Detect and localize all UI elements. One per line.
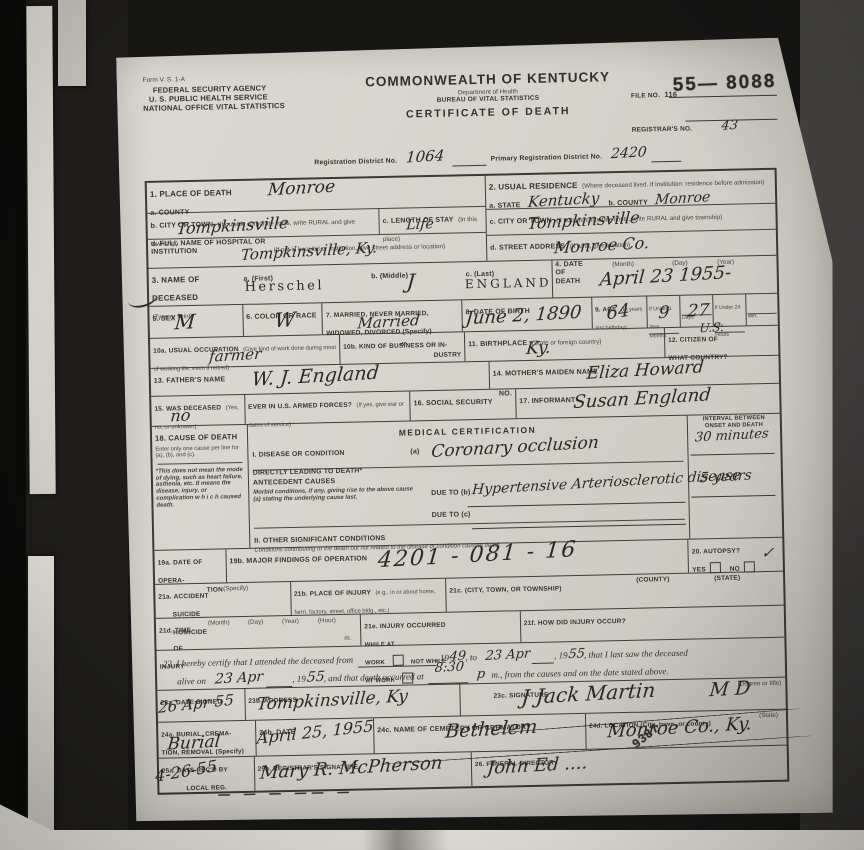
cert-year3: 55 — [306, 670, 325, 685]
operation-date-label: 19a. DATE OF OPERA-TION — [158, 559, 203, 585]
cert-meridiem: p — [476, 668, 485, 681]
field-street: d. STREET ADDRESS (If rural, give locati… — [487, 230, 776, 260]
cert-text: , 19 — [292, 674, 306, 684]
funeral-director-value: John Ed .... — [486, 754, 588, 778]
sex-label: 5. SEX — [152, 315, 175, 322]
cause-title: 18. CAUSE OF DEATH — [155, 432, 237, 443]
birthplace-value: Ky. — [525, 340, 551, 358]
cause-a-value: Coronary occlusion — [431, 435, 600, 461]
interval-column: INTERVAL BETWEENONSET AND DEATH 30 minut… — [688, 414, 783, 539]
first-name-cell: a. (First) Herschel — [240, 264, 368, 304]
injury-city-label: 21c. (CITY, TOWN, OR TOWNSHIP) — [449, 585, 561, 594]
birthplace-cell: 11. BIRTHPLACE (State or foreign country… — [465, 328, 666, 361]
length-of-stay-value: Life — [406, 217, 435, 233]
antecedent-label: ANTECEDENT CAUSES — [253, 478, 335, 487]
veteran-value: no — [170, 407, 191, 424]
primary-district-label: Primary Registration District No. — [491, 153, 603, 162]
min-label: Min. — [748, 313, 777, 320]
father-label: 13. FATHER'S NAME — [154, 376, 226, 384]
how-injury-cell: 21f. HOW DID INJURY OCCUR? — [521, 606, 785, 643]
line-b-tag: DUE TO (b) — [431, 489, 470, 498]
date-of-death-value: April 23 1955- — [599, 264, 732, 289]
film-strip-artifact — [58, 0, 86, 86]
line-c-tag: DUE TO (c) — [432, 511, 471, 520]
date-of-death-cell: 4. DATEOFDEATH (Month) (Day) (Year) Apri… — [552, 256, 777, 298]
accident-cell: 21a. ACCIDENT (Specify) SUICIDE HOMICIDE — [155, 582, 291, 618]
city-value: Tompkinsville — [176, 215, 289, 237]
line-a-tag: (a) — [410, 448, 419, 457]
cert-text: , 19 — [554, 650, 568, 660]
burial-date-cell: 24b. DATE April 25, 1955 — [256, 718, 375, 755]
under1yr-months-cell: If Under 1 Year Months 9 — [648, 296, 682, 328]
medical-certification-title: MEDICAL CERTIFICATION — [399, 425, 537, 438]
cause-of-death-sidebar: 18. CAUSE OF DEATH Enter only one cause … — [152, 425, 251, 550]
other-conditions-label: II. OTHER SIGNIFICANT CONDITIONS — [254, 535, 385, 545]
last-name-value: England — [465, 276, 552, 290]
marital-cell: 7. MARRIED, NEVER MARRIED, WIDOWED, DIVO… — [323, 300, 463, 334]
ssn-label2: NO. — [499, 390, 512, 399]
cert-date1: 23 Apr — [485, 647, 531, 663]
days-value: 27 — [687, 302, 710, 320]
accident-label1: 21a. ACCIDENT — [158, 593, 209, 601]
funeral-director-cell: 26. FUNERAL DIRECTOR John Ed .... — [472, 746, 788, 787]
burial-value: Burial — [167, 734, 221, 754]
autopsy-label: 20. AUTOPSY? — [692, 548, 740, 556]
certificate-header: Form V. S. 1-A FEDERAL SECURITY AGENCY U… — [142, 64, 776, 181]
street-value: Monroe Co. — [553, 235, 650, 256]
injury-month-label: (Month) — [208, 619, 230, 626]
middle-name-label: b. (Middle) — [371, 272, 408, 280]
accident-note: (Specify) — [223, 585, 248, 593]
row-place-residence: 1. PLACE OF DEATH a. COUNTY Monroe b. CI… — [147, 170, 777, 269]
autopsy-no-checkmark: ✓ — [761, 545, 775, 561]
informant-label: 17. INFORMANT — [519, 397, 575, 405]
war-label: EVER IN U.S. ARMED FORCES? — [248, 402, 352, 411]
father-value: W. J. England — [251, 364, 380, 390]
industry-value: ″ — [398, 341, 406, 359]
informant-cell: 17. INFORMANT Susan England — [516, 384, 780, 419]
injury-meridiem-label: m. — [344, 635, 351, 642]
injury-year-label: (Year) — [282, 618, 299, 625]
occupation-cell: 10a. USUAL OCCUPATION (Give kind of work… — [150, 335, 341, 368]
cert-text: , to — [465, 652, 477, 662]
interval-a-value: 30 minutes — [694, 427, 769, 444]
antecedent-note: Morbid conditions, if any, giving rise t… — [253, 486, 421, 503]
residence-city-value: Tompkinsville — [527, 210, 640, 232]
dob-cell: 8. DATE OF BIRTH June 2, 1890 — [462, 298, 592, 332]
race-value: W — [274, 309, 296, 330]
name-of-deceased-label: 3. NAME OF DECEASED (Type or Print) — [149, 267, 241, 306]
place-of-death-section: 1. PLACE OF DEATH a. COUNTY Monroe b. CI… — [147, 176, 488, 268]
industry-cell: 10b. KIND OF BUSINESS OR IN- DUSTRY ″ — [340, 332, 466, 364]
date-signed-cell: 23a. DATE SIGNED 26 Apr 55 — [157, 689, 245, 722]
citizen-cell: 12. CITIZEN OFWHAT COUNTRY? U.S. — [665, 326, 778, 357]
veteran-war-cell: EVER IN U.S. ARMED FORCES? (If yes, give… — [245, 391, 411, 423]
name-title: 3. NAME OF DECEASED — [152, 275, 200, 303]
place-of-injury-cell: 21b. PLACE OF INJURY (e.g., in or about … — [291, 579, 447, 615]
film-edge-band — [0, 0, 26, 850]
marital-value: Married — [357, 313, 420, 331]
middle-name-value: J — [406, 271, 416, 291]
sex-value: M — [174, 311, 196, 332]
burial-type-cell: 24a. BURIAL, CREMA-TION, REMOVAL (Specif… — [158, 721, 257, 758]
how-injury-label: 21f. HOW DID INJURY OCCUR? — [524, 618, 626, 627]
cert-text: , that I last saw the deceased — [584, 648, 688, 660]
citizen-value: U.S. — [699, 321, 725, 334]
age-value: 64 — [606, 302, 629, 323]
cert-time: 8:30 — [434, 660, 464, 675]
certificate-content: Form V. S. 1-A FEDERAL SECURITY AGENCY U… — [142, 64, 789, 795]
days-head — [682, 306, 684, 312]
mother-value: Eliza Howard — [586, 359, 704, 383]
age-cell: 9. AGE (In years last birthday) 64 — [592, 296, 648, 328]
cert-year2: 55 — [568, 647, 586, 661]
certificate-paper: Form V. S. 1-A FEDERAL SECURITY AGENCY U… — [116, 37, 844, 828]
pen-dashes: — — — —— — — [217, 785, 353, 803]
industry-label: 10b. KIND OF BUSINESS OR IN- — [343, 342, 447, 351]
interval-b-value: 5 years — [699, 469, 752, 486]
place-of-injury-label: 21b. PLACE OF INJURY — [294, 589, 371, 598]
film-strip-artifact — [28, 556, 54, 850]
cert-text: 22. I hereby certify that I attended the… — [163, 655, 353, 669]
photo-bottom-band — [0, 830, 864, 850]
cert-date2: 23 Apr — [214, 670, 263, 687]
certificate-title: CERTIFICATE OF DEATH — [355, 104, 621, 122]
cert-text: , and that death occurred at — [324, 671, 424, 683]
birthplace-label: 11. BIRTHPLACE — [468, 340, 527, 348]
injury-occurred-cell: 21e. INJURY OCCURRED WHILE ATWORK NOT WH… — [361, 611, 521, 645]
place-of-death-title: 1. PLACE OF DEATH — [150, 188, 232, 199]
medical-certification-main: MEDICAL CERTIFICATION I. DISEASE OR COND… — [248, 416, 690, 548]
injury-hour-label: (Hour) — [318, 617, 336, 624]
first-name-value: Herschel — [245, 279, 325, 294]
injury-day-label: (Day) — [248, 619, 264, 626]
registrar-no-label: REGISTRAR'S NO. — [632, 125, 693, 133]
film-strip-artifact — [26, 6, 55, 494]
cert-text: alive on — [177, 676, 206, 687]
cemetery-cell: 24c. NAME OF CEMETERY OR CREMATORY Bethe… — [374, 714, 587, 753]
registration-district-label: Registration District No. — [314, 158, 397, 167]
county-value: Monroe — [267, 179, 336, 200]
date-of-operation-cell: 19a. DATE OF OPERA-TION — [154, 549, 226, 583]
physician-address-cell: 23b. ADDRESS Tompkinsville, Ky — [245, 684, 461, 720]
registrar-signature-value: Mary R. McPherson — [259, 755, 443, 783]
burial-date-value: April 25, 1955 — [257, 718, 374, 747]
burial-location-value: Monroe Co., Ky. — [607, 715, 753, 741]
autopsy-no-checkbox — [744, 561, 755, 572]
race-cell: 6. COLOR OR RACE W — [243, 303, 323, 336]
sex-cell: 5. SEX M — [149, 305, 243, 338]
veteran-cell: 15. WAS DECEASED (Yes, no, or unknown) n… — [151, 395, 245, 426]
autopsy-cell: 20. AUTOPSY? YES NO ✓ — [689, 538, 783, 573]
occupation-value: farmer — [209, 347, 262, 365]
physician-signature-value: J Jack Martin — [521, 680, 656, 707]
min-head — [747, 304, 749, 310]
registrar-signature-cell: 25b. REGISTRAR'S SIGNATURE Mary R. McPhe… — [254, 752, 472, 791]
scanned-photo-of-death-certificate: Form V. S. 1-A FEDERAL SECURITY AGENCY U… — [0, 0, 864, 850]
injury-county-label: (COUNTY) — [636, 576, 670, 584]
mother-label: 14. MOTHER'S MAIDEN NAME — [493, 369, 598, 378]
residence-note: (Where deceased lived. If institution: r… — [582, 179, 764, 190]
date-signed-value: 26 Apr 55 — [158, 693, 234, 716]
ssn-label: 16. SOCIAL SECURITY — [414, 399, 493, 408]
time-of-injury-cell: 21d. TIMEOFINJURY (Month) (Day) (Year) (… — [156, 615, 362, 650]
cause-footnote: *This does not mean the mode of dying, s… — [156, 467, 246, 509]
autopsy-yes-checkbox — [710, 562, 721, 573]
ssn-cell: 16. SOCIAL SECURITY NO. — [410, 389, 516, 420]
last-name-cell: c. (Last) England — [462, 260, 552, 299]
cause-note: Enter only one cause per line for (a), (… — [155, 445, 244, 460]
major-findings-label: 19b. MAJOR FINDINGS OF OPERATION — [229, 555, 367, 565]
physician-degree-value: M D — [709, 679, 751, 700]
usual-residence-section: 2. USUAL RESIDENCE (Where deceased lived… — [486, 170, 777, 261]
dob-value: June 2, 1890 — [465, 304, 582, 328]
file-no-label: FILE NO. — [631, 92, 660, 100]
industry-label2: DUSTRY — [434, 351, 462, 359]
date-received-value: 4-26-55 — [155, 758, 218, 785]
informant-value: Susan England — [572, 386, 711, 412]
injury-state-label: (STATE) — [714, 575, 740, 583]
certificate-form: 1. PLACE OF DEATH a. COUNTY Monroe b. CI… — [145, 168, 790, 795]
primary-district-value: 2420 — [611, 145, 648, 161]
months-value: 9 — [658, 305, 670, 323]
registrar-no-value: 43 — [721, 119, 739, 133]
middle-name-cell: b. (Middle) J — [368, 262, 463, 301]
date-of-death-label: 4. DATEOFDEATH — [555, 261, 592, 287]
injury-occurred-label: 21e. INJURY OCCURRED — [364, 622, 445, 631]
under24h-min-cell: Min. — [746, 294, 778, 326]
row-cause-of-death: 18. CAUSE OF DEATH Enter only one cause … — [152, 414, 782, 551]
burial-state-label: (State) — [759, 712, 778, 719]
registration-district-value: 1064 — [406, 148, 446, 165]
physician-address-value: Tompkinsville, Ky — [256, 688, 409, 713]
